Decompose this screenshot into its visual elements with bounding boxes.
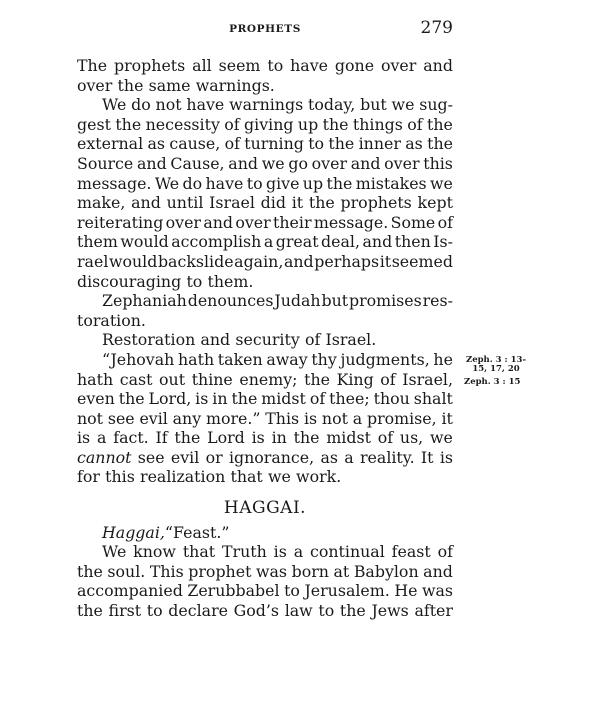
word: do	[183, 174, 203, 194]
word: is	[77, 428, 90, 448]
word: toration.	[77, 311, 146, 331]
word: born	[292, 562, 329, 582]
word: perhaps	[314, 252, 379, 272]
word: the	[118, 76, 144, 96]
word: cause,	[169, 134, 220, 154]
word: We	[102, 95, 126, 115]
word: it	[441, 409, 452, 429]
word: after	[414, 601, 453, 621]
word: of	[407, 115, 422, 135]
word: Lord	[207, 428, 245, 448]
text-line: gestthenecessityofgivingupthethingsofthe	[77, 115, 453, 135]
text-line: overthesamewarnings.	[77, 76, 453, 96]
word: the	[340, 601, 366, 621]
word: of	[378, 428, 393, 448]
word: Judah	[274, 291, 320, 311]
word: did	[261, 193, 286, 213]
word: do	[131, 95, 151, 115]
word: not	[322, 409, 348, 429]
word: of	[438, 213, 453, 233]
word: of	[310, 389, 325, 409]
word: a	[294, 542, 303, 562]
word: “Jehovah	[102, 350, 174, 370]
word: discouraging	[77, 272, 181, 292]
word: reiterating	[77, 213, 163, 233]
word: to	[308, 134, 324, 154]
section-heading: HAGGAI.	[77, 499, 453, 519]
word: the	[77, 562, 103, 582]
word: of	[225, 134, 240, 154]
word: a	[97, 428, 106, 448]
word: prophets	[114, 56, 185, 76]
word: to	[186, 272, 202, 292]
word: over	[235, 213, 270, 233]
word: and	[423, 562, 453, 582]
margin-note-zeph-3-15: Zeph. 3 : 15	[464, 378, 520, 387]
word: and	[423, 56, 453, 76]
word: This	[265, 409, 299, 429]
word: message.	[77, 174, 151, 194]
word: sug-	[419, 95, 453, 115]
text-line: notseeevilanymore.”Thisisnotapromise,it	[77, 409, 453, 429]
running-head: PROPHETS 279	[77, 18, 453, 40]
word: was	[422, 581, 453, 601]
word: this	[105, 467, 135, 487]
word: great	[276, 232, 319, 252]
word: Cause,	[170, 154, 224, 174]
word: shalt	[414, 389, 453, 409]
word: that	[230, 467, 262, 487]
word: the	[427, 115, 453, 135]
word: If	[156, 428, 168, 448]
word: Zephaniah	[102, 291, 187, 311]
text-line: make,anduntilIsraeldidittheprophetskept	[77, 193, 453, 213]
word: judgments,	[340, 350, 429, 370]
word: Zerubbabel	[187, 581, 279, 601]
margin-note-zeph-3-13: Zeph. 3 : 13- 15, 17, 20	[466, 356, 526, 374]
word: today,	[308, 95, 355, 115]
word: see	[138, 448, 165, 468]
word: any	[173, 409, 202, 429]
word: thou	[374, 389, 410, 409]
word: and	[363, 232, 393, 252]
text-line: cannotseeevilorignorance,asareality.Itis	[77, 448, 453, 468]
word: the	[119, 389, 145, 409]
word: all	[192, 56, 212, 76]
word: away	[266, 350, 307, 370]
word: and	[131, 193, 161, 213]
word: turning	[244, 134, 304, 154]
word: have	[206, 174, 244, 194]
word: for	[77, 467, 100, 487]
word: He	[394, 581, 417, 601]
word: we	[262, 154, 285, 174]
word: go	[288, 154, 308, 174]
word: more.”	[206, 409, 261, 429]
word: until	[167, 193, 204, 213]
text-line: accompaniedZerubbabeltoJerusalem.Hewas	[77, 581, 453, 601]
word: feast	[392, 542, 431, 562]
word: necessity	[146, 115, 220, 135]
word: would	[109, 252, 157, 272]
word: the	[427, 134, 453, 154]
book-page: PROPHETS 279 Theprophetsallseemtohavegon…	[0, 0, 600, 709]
word: of	[380, 370, 395, 390]
word: promise,	[367, 409, 437, 429]
word: cannot	[77, 448, 131, 468]
word: Babylon	[354, 562, 419, 582]
word: even	[77, 389, 115, 409]
word: This	[150, 562, 184, 582]
text-line: themwouldaccomplishagreatdeal,andthenIs-	[77, 232, 453, 252]
word: then	[395, 232, 431, 252]
word: continual	[310, 542, 385, 562]
word: seem	[219, 56, 261, 76]
word: the	[328, 134, 354, 154]
word: see	[108, 409, 135, 429]
word: to	[267, 56, 283, 76]
word: not	[156, 95, 182, 115]
word: Jerusalem.	[304, 581, 389, 601]
word: prophet	[188, 562, 251, 582]
word: out	[159, 370, 185, 390]
word: the	[326, 174, 352, 194]
word: at	[333, 562, 349, 582]
word: we	[430, 174, 453, 194]
word: the	[304, 370, 330, 390]
text-line: forthisrealizationthatwework.	[77, 467, 453, 487]
word: warnings.	[196, 76, 275, 96]
word: to	[284, 581, 300, 601]
word: inner	[359, 134, 401, 154]
text-line: SourceandCause,andwegooverandoverthis	[77, 154, 453, 174]
word: that	[183, 542, 215, 562]
word: would	[120, 232, 168, 252]
word: Some	[391, 213, 436, 233]
word: work.	[296, 467, 341, 487]
word: and	[351, 154, 381, 174]
word: Israel,	[402, 370, 453, 390]
word: we	[430, 428, 453, 448]
word: know	[133, 542, 176, 562]
word: mistakes	[356, 174, 427, 194]
word: to	[318, 601, 334, 621]
word: Israel.	[326, 330, 377, 350]
word: we	[392, 95, 415, 115]
word: is	[440, 448, 453, 468]
word: this	[423, 154, 453, 174]
word: soul.	[107, 562, 145, 582]
word: of	[305, 330, 320, 350]
word: in	[212, 389, 227, 409]
word: the	[174, 428, 200, 448]
word: as	[147, 134, 165, 154]
word: thee;	[329, 389, 370, 409]
text-line: hathcastoutthineenemy;theKingofIsrael,	[77, 370, 453, 390]
word: is	[274, 542, 287, 562]
word: over	[77, 76, 112, 96]
word: enemy;	[239, 370, 297, 390]
word: have	[186, 95, 224, 115]
text-line: ZephaniahdenouncesJudahbutpromisesres-	[77, 291, 453, 311]
word: a	[353, 409, 362, 429]
word: first	[109, 601, 142, 621]
text-line: toration.	[77, 311, 453, 331]
word: is	[304, 409, 317, 429]
word: hath	[77, 370, 113, 390]
word: the	[115, 115, 141, 135]
word: the	[77, 601, 103, 621]
page-number: 279	[421, 18, 453, 38]
word: Is-	[433, 232, 453, 252]
word: King	[337, 370, 374, 390]
word: deal,	[321, 232, 360, 252]
word: but	[360, 95, 387, 115]
word: We	[155, 174, 179, 194]
word: backslide	[158, 252, 234, 272]
word: same	[149, 76, 191, 96]
running-title: PROPHETS	[77, 23, 453, 35]
word: fact.	[113, 428, 148, 448]
text-line: externalascause,ofturningtotheinnerasthe	[77, 134, 453, 154]
word: gone	[335, 56, 374, 76]
word: of	[224, 115, 239, 135]
word: or	[206, 448, 223, 468]
word: The	[77, 56, 107, 76]
word: to	[147, 601, 163, 621]
word: gest	[77, 115, 111, 135]
word: in	[272, 428, 287, 448]
word: prophets	[341, 193, 412, 213]
word: kept	[418, 193, 453, 213]
word: midst	[326, 428, 371, 448]
word: as	[405, 134, 423, 154]
word: thine	[192, 370, 233, 390]
word: midst	[261, 389, 306, 409]
word: God’s	[234, 601, 279, 621]
word: over	[312, 154, 347, 174]
word: the	[294, 428, 320, 448]
word: thy	[311, 350, 336, 370]
text-line: discouragingtothem.	[77, 272, 453, 292]
word: the	[309, 193, 335, 213]
word: accomplish	[171, 232, 261, 252]
word: but	[321, 291, 348, 311]
word: Truth	[222, 542, 267, 562]
word: over	[381, 56, 416, 76]
word: and	[228, 154, 258, 174]
word: is	[252, 428, 265, 448]
text-line: raelwouldbackslideagain,andperhapsitseem…	[77, 252, 453, 272]
word: is	[195, 389, 208, 409]
word: evil	[139, 409, 167, 429]
word: denounces	[188, 291, 274, 311]
word: the	[323, 115, 349, 135]
word: We	[102, 542, 126, 562]
word: a	[344, 448, 353, 468]
text-line: thesoul.ThisprophetwasbornatBabylonand	[77, 562, 453, 582]
text-line: Theprophetsallseemtohavegoneoverand	[77, 56, 453, 76]
word: he	[433, 350, 453, 370]
word: it	[292, 193, 303, 213]
word: accompanied	[77, 581, 183, 601]
word: reality.	[360, 448, 415, 468]
word: rael	[77, 252, 108, 272]
word: and	[203, 213, 233, 233]
body-text: Theprophetsallseemtohavegoneoverandovert…	[77, 56, 453, 621]
text-line: message.Wedohavetogiveupthemistakeswe	[77, 174, 453, 194]
word: of	[438, 542, 453, 562]
word: promises	[349, 291, 422, 311]
word: not	[77, 409, 103, 429]
text-line: WeknowthatTruthisacontinualfeastof	[77, 542, 453, 562]
word: to	[247, 174, 263, 194]
word: have	[290, 56, 328, 76]
word: was	[256, 562, 287, 582]
word: Jews	[371, 601, 408, 621]
word: and	[137, 154, 167, 174]
word: hath	[178, 350, 214, 370]
word: them	[77, 232, 118, 252]
word: Source	[77, 154, 133, 174]
word: and	[200, 330, 230, 350]
word: It	[421, 448, 434, 468]
word: security	[235, 330, 299, 350]
word: Restoration	[102, 330, 195, 350]
text-line: “Jehovahhathtakenawaythyjudgments,he	[77, 350, 453, 370]
word: things	[353, 115, 403, 135]
text-line: reiteratingoverandovertheirmessage.Someo…	[77, 213, 453, 233]
word: us,	[400, 428, 423, 448]
word: ignorance,	[229, 448, 314, 468]
word: the	[231, 389, 257, 409]
word: it	[380, 252, 391, 272]
word: evil	[171, 448, 199, 468]
word: law	[285, 601, 313, 621]
word: their	[273, 213, 311, 233]
word: we	[268, 467, 291, 487]
word: over	[384, 154, 419, 174]
text-line: thefirsttodeclareGod’slawtotheJewsafter	[77, 601, 453, 621]
word: declare	[168, 601, 228, 621]
word: make,	[77, 193, 125, 213]
margin-note-line: 15, 17, 20	[466, 365, 526, 374]
word: res-	[423, 291, 453, 311]
word: a	[264, 232, 273, 252]
word: warnings	[229, 95, 303, 115]
word: message.	[314, 213, 388, 233]
word: seemed	[392, 252, 453, 272]
word: them.	[208, 272, 254, 292]
word: giving	[244, 115, 293, 135]
word: over	[166, 213, 201, 233]
word: up	[303, 174, 323, 194]
text-line: eventheLord,isinthemidstofthee;thoushalt	[77, 389, 453, 409]
text-line: isafact.IftheLordisinthemidstofus,we	[77, 428, 453, 448]
word: and	[284, 252, 314, 272]
word: taken	[218, 350, 263, 370]
word: Lord,	[149, 389, 192, 409]
haggai-subtitle: Haggai, “Feast.”	[77, 523, 453, 543]
word: external	[77, 134, 143, 154]
word: as	[320, 448, 338, 468]
text-line: RestorationandsecurityofIsrael.	[77, 330, 453, 350]
word: up	[298, 115, 318, 135]
word: cast	[120, 370, 153, 390]
word: again,	[234, 252, 283, 272]
word: Israel	[209, 193, 255, 213]
word: give	[266, 174, 299, 194]
text-line: Wedonothavewarningstoday,butwesug-	[77, 95, 453, 115]
margin-note-line: Zeph. 3 : 15	[464, 378, 520, 387]
word: realization	[140, 467, 225, 487]
